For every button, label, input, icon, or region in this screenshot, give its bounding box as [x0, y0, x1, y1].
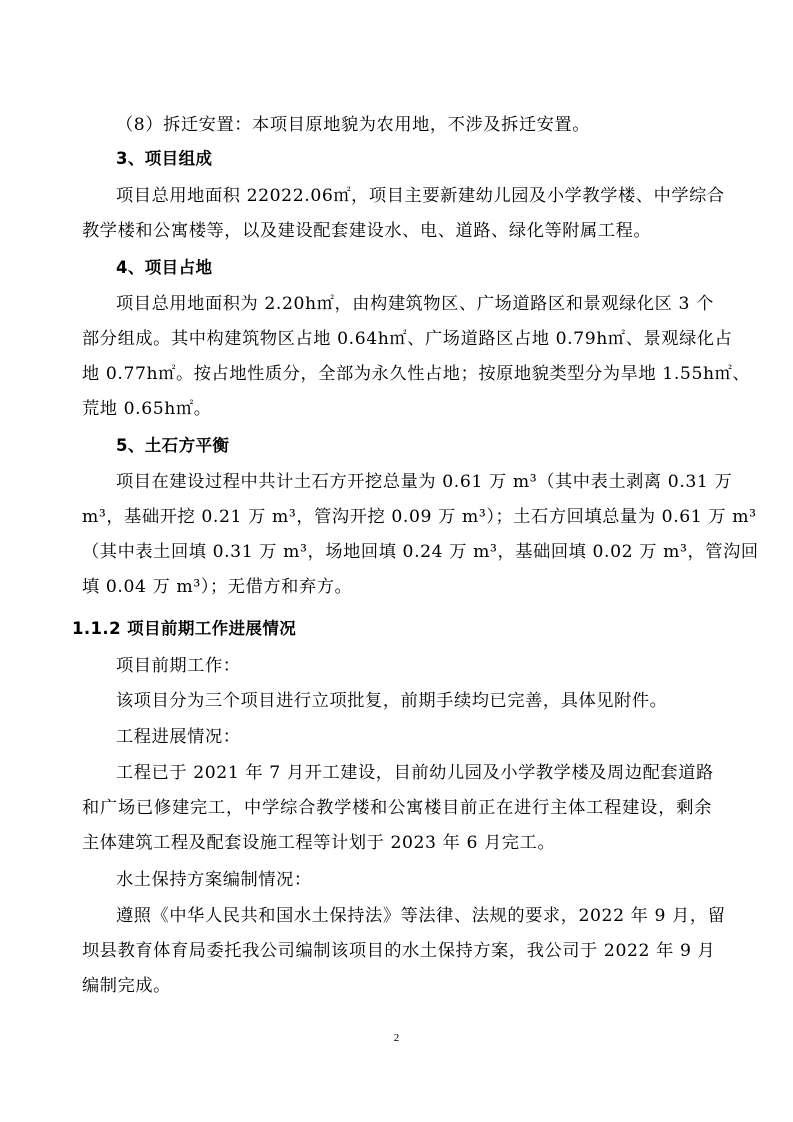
progress-paragraph-line: 主体建筑工程及配套设施工程等计划于 2023 年 6 月完工。 — [82, 831, 555, 855]
section-heading-project-composition: 3、项目组成 — [116, 147, 212, 171]
earthwork-paragraph-line: m³，基础开挖 0.21 万 m³，管沟开挖 0.09 万 m³）；土石方回填总… — [82, 505, 712, 529]
progress-paragraph-line: 工程已于 2021 年 7 月开工建设，目前幼儿园及小学教学楼及周边配套道路 — [116, 761, 712, 785]
land-paragraph-line: 地 0.77h㎡。按占地性质分，全部为永久性占地；按原地貌类型分为旱地 1.55… — [82, 362, 712, 386]
earthwork-paragraph-line: （其中表土回填 0.31 万 m³，场地回填 0.24 万 m³，基础回填 0.… — [82, 540, 712, 564]
preliminary-work-label: 项目前期工作： — [116, 654, 241, 678]
earthwork-paragraph-line: 项目在建设过程中共计土石方开挖总量为 0.61 万 m³（其中表土剥离 0.31… — [116, 470, 712, 494]
plan-paragraph-line: 坝县教育体育局委托我公司编制该项目的水土保持方案，我公司于 2022 年 9 月 — [82, 939, 712, 963]
composition-paragraph-line: 教学楼和公寓楼等，以及建设配套建设水、电、道路、绿化等附属工程。 — [82, 219, 651, 243]
plan-paragraph-line: 编制完成。 — [82, 974, 171, 998]
section-heading-earthwork-balance: 5、土石方平衡 — [116, 434, 229, 458]
composition-paragraph-line: 项目总用地面积 22022.06㎡，项目主要新建幼儿园及小学教学楼、中学综合 — [116, 184, 712, 208]
plan-label: 水土保持方案编制情况： — [116, 868, 312, 892]
page-number: 2 — [0, 1032, 793, 1044]
section-heading-preliminary-work: 1.1.2 项目前期工作进展情况 — [72, 617, 296, 641]
plan-paragraph-line: 遵照《中华人民共和国水土保持法》等法律、法规的要求，2022 年 9 月，留 — [116, 904, 712, 928]
earthwork-paragraph-line: 填 0.04 万 m³）；无借方和弃方。 — [82, 575, 352, 599]
land-paragraph-line: 项目总用地面积为 2.20h㎡，由构建筑物区、广场道路区和景观绿化区 3 个 — [116, 292, 712, 316]
progress-paragraph-line: 和广场已修建完工，中学综合教学楼和公寓楼目前正在进行主体工程建设，剩余 — [82, 796, 712, 820]
progress-label: 工程进展情况： — [116, 725, 241, 749]
land-paragraph-line: 部分组成。其中构建筑物区占地 0.64h㎡、广场道路区占地 0.79h㎡、景观绿… — [82, 327, 712, 351]
preliminary-work-text: 该项目分为三个项目进行立项批复，前期手续均已完善，具体见附件。 — [116, 689, 667, 713]
relocation-paragraph: （8）拆迁安置：本项目原地貌为农用地，不涉及拆迁安置。 — [116, 113, 590, 137]
section-heading-land-occupation: 4、项目占地 — [116, 256, 212, 280]
land-paragraph-line: 荒地 0.65h㎡。 — [82, 397, 212, 421]
